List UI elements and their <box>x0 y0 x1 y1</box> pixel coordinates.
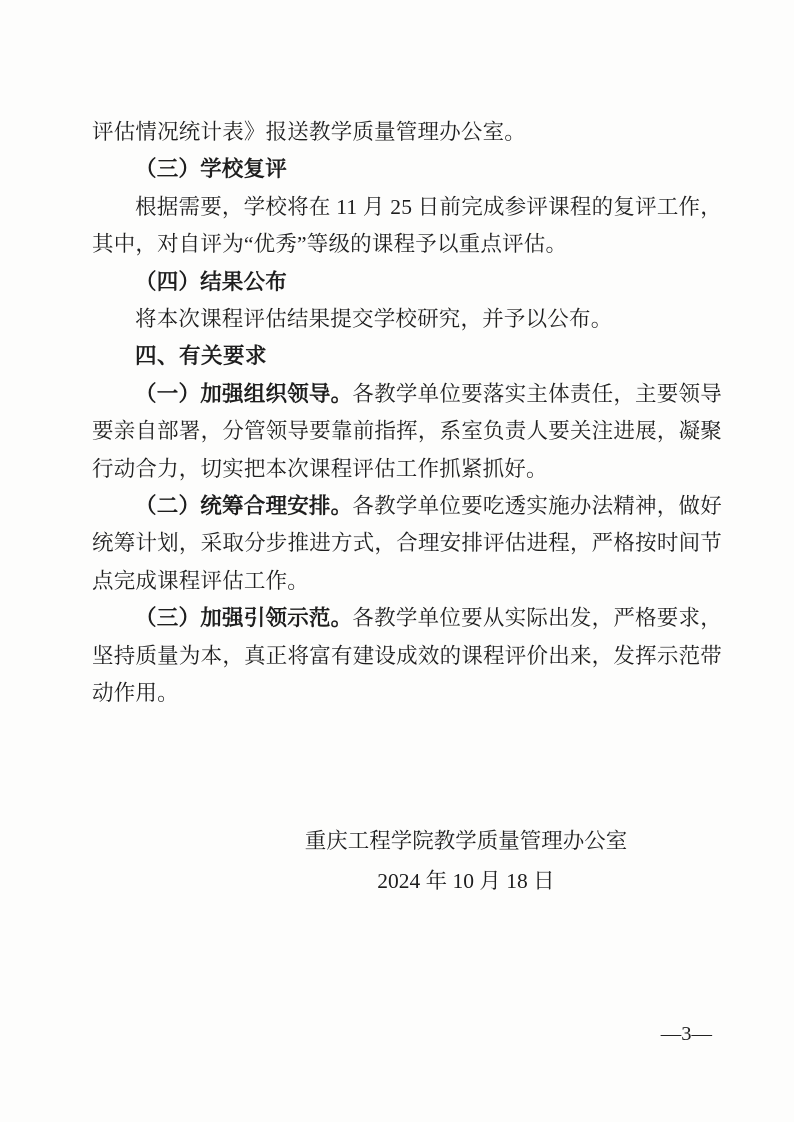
requirement-3-lead: （三）加强引领示范。 <box>135 606 352 630</box>
document-page: 评估情况统计表》报送教学质量管理办公室。 （三）学校复评 根据需要，学校将在 1… <box>0 0 794 1122</box>
requirement-2-lead: （二）统筹合理安排。 <box>135 494 352 518</box>
section3-heading: （三）学校复评 <box>92 151 722 188</box>
requirement-1-lead: （一）加强组织领导。 <box>135 382 352 406</box>
page-number: —3— <box>661 1022 712 1046</box>
requirement-2: （二）统筹合理安排。各教学单位要吃透实施办法精神，做好统筹计划，采取分步推进方式… <box>92 488 722 600</box>
section4-body: 将本次课程评估结果提交学校研究，并予以公布。 <box>92 301 722 338</box>
document-body: 评估情况统计表》报送教学质量管理办公室。 （三）学校复评 根据需要，学校将在 1… <box>0 0 794 900</box>
section4-heading: （四）结果公布 <box>92 264 722 301</box>
requirement-3: （三）加强引领示范。各教学单位要从实际出发，严格要求，坚持质量为本，真正将富有建… <box>92 600 722 712</box>
signature-date: 2024 年 10 月 18 日 <box>210 863 722 900</box>
signature-block: 重庆工程学院教学质量管理办公室 2024 年 10 月 18 日 <box>210 823 722 901</box>
continuation-line: 评估情况统计表》报送教学质量管理办公室。 <box>92 114 722 151</box>
section3-body: 根据需要，学校将在 11 月 25 日前完成参评课程的复评工作，其中，对自评为“… <box>92 189 722 264</box>
signature-organization: 重庆工程学院教学质量管理办公室 <box>210 823 722 860</box>
requirement-1: （一）加强组织领导。各教学单位要落实主体责任，主要领导要亲自部署，分管领导要靠前… <box>92 376 722 488</box>
part4-heading: 四、有关要求 <box>92 338 722 375</box>
